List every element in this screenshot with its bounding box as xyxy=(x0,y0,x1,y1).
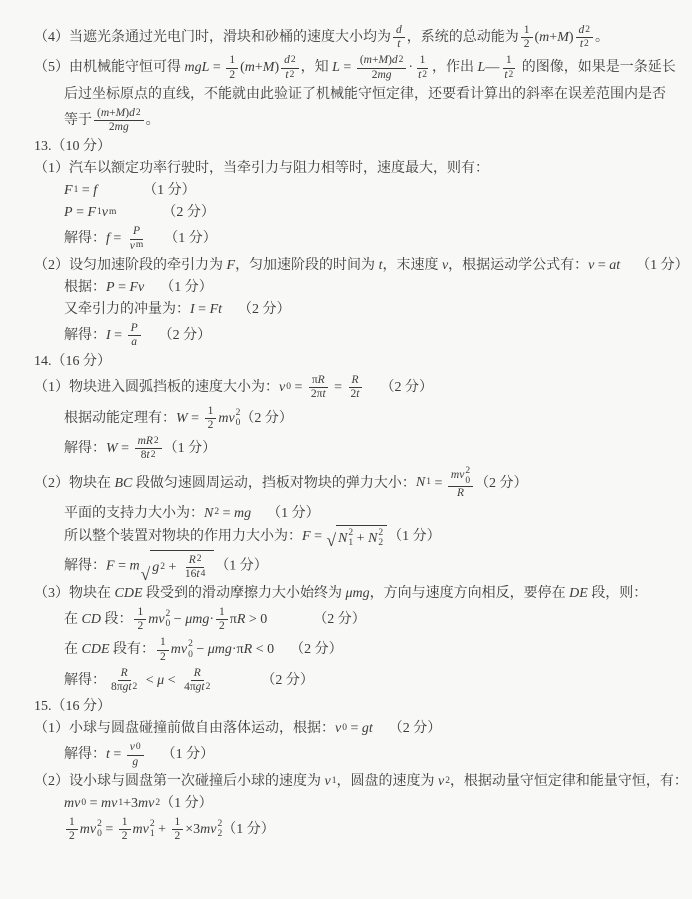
math-variable: m xyxy=(200,822,210,837)
math-variable: v1 xyxy=(111,793,123,814)
math-variable: t xyxy=(397,38,400,51)
math-variable: t2 xyxy=(580,38,589,51)
q15-header: 15.（16 分） xyxy=(34,696,674,717)
fraction: (m+M)d22mg xyxy=(94,107,144,134)
text: （4）当遮光条通过光电门时，滑块和砂桶的速度大小均为 xyxy=(34,30,391,45)
q13-part1-solution: 解得：f = Pvm（1 分） xyxy=(34,224,674,253)
math-variable: v2 xyxy=(148,793,160,814)
text: （2 分） xyxy=(389,721,442,736)
math-variable: t2 xyxy=(201,681,210,694)
math-variable: gt xyxy=(362,721,373,736)
text: 2 xyxy=(208,419,214,432)
math-variable: N22 xyxy=(368,528,383,549)
text: = xyxy=(431,475,446,490)
text: （5）由机械能守恒可得 xyxy=(34,60,185,75)
text: 1 xyxy=(229,54,235,67)
q14-part1-solution: 解得：W = mR28t2（1 分） xyxy=(34,434,674,463)
math-variable: P xyxy=(133,225,140,238)
math-variable: v22 xyxy=(210,819,222,840)
text: （2）设小球与圆盘第一次碰撞后小球的速度为 xyxy=(34,774,325,789)
text: − xyxy=(193,642,208,657)
math-variable: m xyxy=(218,411,228,426)
math-variable: v20 xyxy=(459,466,470,487)
text: ·π xyxy=(232,642,244,657)
math-variable: CDE xyxy=(115,586,143,601)
q13-part2-eq2: 又牵引力的冲量为：I = Ft（2 分） xyxy=(34,299,674,320)
text: 根据动能定理有： xyxy=(64,411,176,426)
text: = xyxy=(291,380,306,395)
text: 15.（16 分） xyxy=(34,699,111,714)
math-variable: R xyxy=(318,374,325,387)
fraction: 12 xyxy=(205,405,217,432)
math-variable: P xyxy=(64,205,73,220)
text: ，知 xyxy=(301,60,333,75)
text: 2π xyxy=(311,388,323,401)
fraction: v0g xyxy=(127,741,144,768)
text: 8π xyxy=(111,681,123,694)
math-variable: d2 xyxy=(284,54,296,67)
fraction: πR2πt xyxy=(308,374,329,401)
math-variable: m xyxy=(364,54,372,67)
math-variable: W xyxy=(176,411,188,426)
math-variable: v21 xyxy=(143,819,155,840)
text: 1 xyxy=(506,54,512,67)
text: （2 分） xyxy=(290,642,343,657)
text: < xyxy=(164,673,179,688)
text: 1 xyxy=(137,606,143,619)
text: 又牵引力的冲量为： xyxy=(64,302,190,317)
q13-part2-solution: 解得：I = Pa（2 分） xyxy=(34,321,674,350)
math-variable: m xyxy=(138,435,146,448)
math-variable: d xyxy=(396,24,402,37)
text: （1 分） xyxy=(143,183,196,198)
radical-sign: √ xyxy=(141,566,151,584)
text: < 0 xyxy=(252,642,274,657)
text: 1 xyxy=(420,54,426,67)
q15-part1-intro: （1）小球与圆盘碰撞前做自由落体运动，根据：v0 = gt（2 分） xyxy=(34,718,674,739)
text: 1 xyxy=(208,405,214,418)
math-variable: F1 xyxy=(64,180,78,201)
math-variable: M xyxy=(263,60,275,75)
text: （1）汽车以额定功率行驶时，当牵引力与阻力相等时，速度最大，则有： xyxy=(34,161,489,176)
text: 解得： xyxy=(64,328,106,343)
text: 1 xyxy=(524,24,530,37)
text: = xyxy=(102,822,117,837)
q13-part1-intro: （1）汽车以额定功率行驶时，当牵引力与阻力相等时，速度最大，则有： xyxy=(34,158,674,179)
math-variable: m xyxy=(245,60,255,75)
text: 2 xyxy=(122,830,128,843)
q14-part2-solution: 解得：F = m√g2 + R216t4（1 分） xyxy=(34,550,674,582)
text: − xyxy=(170,612,185,627)
q14-part1-intro: （1）物块进入圆弧挡板的速度大小为：v0 = πR2πt = R2t（2 分） xyxy=(34,373,674,402)
math-variable: g xyxy=(132,756,138,769)
math-variable: mg xyxy=(115,121,129,134)
fraction: 12 xyxy=(157,636,169,663)
text: 2 xyxy=(69,830,75,843)
fraction: R4πgt2 xyxy=(181,667,213,694)
text: 解得： xyxy=(64,231,106,246)
math-variable: f xyxy=(93,183,97,198)
text: 1 xyxy=(69,816,75,829)
text: ，系统的总动能为 xyxy=(407,30,519,45)
text: 解得： xyxy=(64,558,106,573)
math-variable: v20 xyxy=(90,819,102,840)
text: （3）物块在 xyxy=(34,586,115,601)
text: = xyxy=(195,302,210,317)
text: （1 分） xyxy=(162,747,215,762)
text: 1 xyxy=(175,816,181,829)
q15-part2-intro: （2）设小球与圆盘第一次碰撞后小球的速度为 v1，圆盘的速度为 v2，根据动量守… xyxy=(34,771,674,792)
fraction: Pa xyxy=(128,322,141,349)
text: （1 分） xyxy=(164,231,217,246)
math-variable: t2 xyxy=(285,69,294,82)
math-variable: t2 xyxy=(147,449,156,462)
math-variable: g2 xyxy=(152,557,165,578)
fraction: Pvm xyxy=(127,225,147,252)
text: ，方向与速度方向相反，要停在 xyxy=(370,586,570,601)
text: = xyxy=(311,529,326,544)
math-variable: v0 xyxy=(279,377,291,398)
text: = xyxy=(78,183,93,198)
math-variable: CD xyxy=(82,612,101,627)
text: = xyxy=(118,441,133,456)
text: = xyxy=(219,506,234,521)
text: ，圆盘的速度为 xyxy=(336,774,438,789)
math-variable: v0 xyxy=(130,741,141,754)
text: 。 xyxy=(595,30,609,45)
text: （1 分） xyxy=(636,258,689,273)
q15-part1-solution: 解得：t = v0g（1 分） xyxy=(34,740,674,769)
text: < xyxy=(142,673,157,688)
text: 解得： xyxy=(64,673,106,688)
text: 解得： xyxy=(64,441,106,456)
text: （1 分） xyxy=(160,280,213,295)
math-variable: m xyxy=(451,469,459,482)
text: · xyxy=(408,60,413,75)
text: 段有： xyxy=(110,642,156,657)
text: ，匀加速阶段的时间为 xyxy=(235,258,379,273)
fraction: R2t xyxy=(348,374,363,401)
text: 在 xyxy=(64,642,82,657)
math-variable: R xyxy=(244,642,253,657)
text: · xyxy=(209,612,214,627)
text: = xyxy=(86,796,101,811)
text: （2 分） xyxy=(238,302,291,317)
q12-part4: （4）当遮光条通过光电门时，滑块和砂桶的速度大小均为dt，系统的总动能为12(m… xyxy=(34,23,674,52)
math-variable: m xyxy=(101,796,111,811)
q15-part2-eq2: 12mv20 = 12mv21 + 12×3mv22（1 分） xyxy=(34,815,674,844)
math-variable: vm xyxy=(130,240,144,253)
math-variable: a xyxy=(131,336,137,349)
text: ，作出 xyxy=(432,60,478,75)
fraction: 12 xyxy=(134,606,146,633)
math-variable: F1 xyxy=(87,202,101,223)
text: 2 xyxy=(524,38,530,51)
q14-part3-solution: 解得：R8πgt2 < μ < R4πgt2（2 分） xyxy=(34,666,674,695)
text: （1）小球与圆盘碰撞前做自由落体运动，根据： xyxy=(34,721,335,736)
math-variable: v0 xyxy=(335,718,347,739)
text: （1 分） xyxy=(222,822,275,837)
exam-answer-page: （4）当遮光条通过光电门时，滑块和砂桶的速度大小均为dt，系统的总动能为12(m… xyxy=(0,0,692,899)
text: 4π xyxy=(184,681,196,694)
text: 根据： xyxy=(64,280,106,295)
text: （1 分） xyxy=(388,529,441,544)
text: + xyxy=(165,557,180,578)
text: 段做匀速圆周运动，挡板对物块的弹力大小： xyxy=(132,475,416,490)
q13-part1-eq2: P = F1vm（2 分） xyxy=(34,202,674,223)
math-variable: vm xyxy=(102,202,117,223)
text: 在 xyxy=(64,612,82,627)
math-variable: d2 xyxy=(579,24,591,37)
text: = xyxy=(110,231,125,246)
math-variable: v20 xyxy=(228,408,240,429)
math-variable: v20 xyxy=(181,639,193,660)
fraction: mv20R xyxy=(448,466,473,501)
text: （2 分） xyxy=(162,205,215,220)
text: = xyxy=(73,205,88,220)
fraction: 12 xyxy=(216,606,228,633)
text: （2）物块在 xyxy=(34,475,115,490)
q14-part3-intro: （3）物块在 CDE 段受到的滑动摩擦力大小始终为 μmg，方向与速度方向相反，… xyxy=(34,583,674,604)
math-variable: F xyxy=(106,558,115,573)
text: （2 分） xyxy=(381,380,434,395)
text: 后过坐标原点的直线，不能就由此验证了机械能守恒定律，还要看计算出的斜率在误差范围… xyxy=(64,87,666,102)
math-variable: R2 xyxy=(146,435,159,448)
math-variable: m xyxy=(133,822,143,837)
math-variable: F xyxy=(227,258,236,273)
text: （1 分） xyxy=(267,506,320,521)
fraction: 12 xyxy=(226,54,238,81)
math-variable: N1 xyxy=(416,472,431,493)
text: ) xyxy=(274,60,279,75)
math-variable: m xyxy=(148,612,158,627)
text: = xyxy=(115,280,130,295)
text: （2 分） xyxy=(313,612,366,627)
fraction: 12 xyxy=(119,816,131,843)
fraction: 12 xyxy=(521,24,533,51)
math-variable: m xyxy=(101,107,109,120)
fraction: d2t2 xyxy=(281,54,299,81)
math-variable: t xyxy=(356,388,359,401)
q14-part2-eq2: 平面的支持力大小为：N2 = mg（1 分） xyxy=(34,503,674,524)
math-variable: d2 xyxy=(392,54,404,67)
math-variable: BC xyxy=(115,475,133,490)
text: 的图像，如果是一条延长 xyxy=(518,60,676,75)
radical-sign: √ xyxy=(326,532,336,550)
text: = xyxy=(110,747,125,762)
fraction: 1t2 xyxy=(501,54,516,81)
math-variable: v1 xyxy=(325,771,337,792)
text: （1 分） xyxy=(215,558,268,573)
text: — xyxy=(485,60,499,75)
text: 。 xyxy=(146,113,160,128)
text: （2 分） xyxy=(240,411,293,426)
q12-part5-line2: 后过坐标原点的直线，不能就由此验证了机械能守恒定律，还要看计算出的斜率在误差范围… xyxy=(34,84,674,105)
math-variable: R xyxy=(194,667,201,680)
text: = xyxy=(331,380,346,395)
math-variable: mg xyxy=(377,69,391,82)
q13-part1-eq1: F1 = f（1 分） xyxy=(34,180,674,201)
math-variable: W xyxy=(106,441,118,456)
math-variable: μmg xyxy=(185,612,209,627)
math-variable: M xyxy=(378,54,388,67)
math-variable: m xyxy=(129,558,139,573)
text: （2 分） xyxy=(261,673,314,688)
text: 段受到的滑动摩擦力大小始终为 xyxy=(143,586,346,601)
math-variable: DE xyxy=(569,586,588,601)
math-variable: R xyxy=(352,374,359,387)
text: 解得： xyxy=(64,747,106,762)
fraction: 12 xyxy=(172,816,184,843)
text: （1 分） xyxy=(160,796,213,811)
text: 16 xyxy=(185,568,197,581)
text: π xyxy=(230,612,237,627)
math-variable: M xyxy=(557,30,569,45)
math-variable: t2 xyxy=(128,681,137,694)
text: = xyxy=(340,60,355,75)
text: + xyxy=(155,822,170,837)
math-variable: Ft xyxy=(210,302,222,317)
q14-part3-eq2: 在 CDE 段有：12mv20 − μmg·πR < 0（2 分） xyxy=(34,635,674,664)
math-variable: μmg xyxy=(208,642,232,657)
text: （2 分） xyxy=(475,475,528,490)
q14-part2-eq3: 所以整个装置对物块的作用力大小为：F = √N21 + N22（1 分） xyxy=(34,525,674,549)
text: = xyxy=(209,60,224,75)
fraction: R216t4 xyxy=(182,554,208,581)
math-variable: m xyxy=(138,796,148,811)
text: （2 分） xyxy=(159,328,212,343)
text: 1 xyxy=(160,636,166,649)
text: > 0 xyxy=(245,612,267,627)
math-variable: N2 xyxy=(204,503,219,524)
fraction: (m+M)d22mg xyxy=(357,54,407,81)
q12-part5-line3: 等于(m+M)d22mg。 xyxy=(34,106,674,135)
math-variable: mgL xyxy=(185,60,210,75)
text: ，末速度 xyxy=(382,258,442,273)
math-variable: P xyxy=(131,322,138,335)
q13-part2-eq1: 根据：P = Fv（1 分） xyxy=(34,277,674,298)
text: 平面的支持力大小为： xyxy=(64,506,204,521)
square-root: √N21 + N22 xyxy=(326,525,387,549)
text: +3 xyxy=(123,796,138,811)
math-variable: R xyxy=(121,667,128,680)
text: = xyxy=(111,328,126,343)
text: ，根据动量守恒定律和能量守恒，有： xyxy=(450,774,688,789)
text: 13.（10 分） xyxy=(34,139,111,154)
text: 等于 xyxy=(64,113,92,128)
math-variable: mg xyxy=(234,506,251,521)
math-variable: v0 xyxy=(74,793,86,814)
text: 2 xyxy=(229,69,235,82)
q14-part3-eq1: 在 CD 段：12mv20 − μmg·12πR > 0（2 分） xyxy=(34,605,674,634)
text: ) xyxy=(569,30,574,45)
q14-part1-eq1: 根据动能定理有：W = 12mv20（2 分） xyxy=(34,404,674,433)
text: 2 xyxy=(137,620,143,633)
text: （1）物块进入圆弧挡板的速度大小为： xyxy=(34,380,279,395)
text: + xyxy=(255,60,263,75)
math-variable: t2 xyxy=(504,69,513,82)
text: = xyxy=(594,258,609,273)
text: 所以整个装置对物块的作用力大小为： xyxy=(64,529,302,544)
text: = xyxy=(115,558,130,573)
fraction: 1t2 xyxy=(415,54,430,81)
q15-part2-eq1: mv0 = mv1+3mv2（1 分） xyxy=(34,793,674,814)
math-variable: M xyxy=(116,107,126,120)
math-variable: at xyxy=(609,258,620,273)
math-variable: m xyxy=(80,822,90,837)
text: 1 xyxy=(122,816,128,829)
answer-lines: （4）当遮光条通过光电门时，滑块和砂桶的速度大小均为dt，系统的总动能为12(m… xyxy=(34,23,674,844)
math-variable: t2 xyxy=(418,69,427,82)
text: （1 分） xyxy=(164,441,217,456)
square-root: √g2 + R216t4 xyxy=(141,550,215,582)
math-variable: N21 xyxy=(338,528,353,549)
math-variable: m xyxy=(539,30,549,45)
text: 2 xyxy=(175,830,181,843)
math-variable: F xyxy=(302,529,311,544)
q14-part2-intro: （2）物块在 BC 段做匀速圆周运动，挡板对物块的弹力大小：N1 = mv20R… xyxy=(34,465,674,502)
text: 2 xyxy=(160,651,166,664)
math-variable: Fv xyxy=(129,280,144,295)
text: 2 xyxy=(219,620,225,633)
fraction: mR28t2 xyxy=(135,435,162,462)
math-variable: R xyxy=(457,487,464,500)
math-variable: P xyxy=(106,280,115,295)
fraction: R8πgt2 xyxy=(108,667,140,694)
q12-part5-line1: （5）由机械能守恒可得 mgL = 12(m+M)d2t2，知 L = (m+M… xyxy=(34,53,674,82)
fraction: dt xyxy=(393,24,405,51)
text: ，根据运动学公式有： xyxy=(448,258,588,273)
math-variable: v20 xyxy=(158,609,170,630)
math-variable: t4 xyxy=(196,568,205,581)
text: + xyxy=(353,528,368,549)
text: ×3 xyxy=(185,822,200,837)
math-variable: R2 xyxy=(189,554,202,567)
math-variable: m xyxy=(171,642,181,657)
text: = xyxy=(188,411,203,426)
q14-header: 14.（16 分） xyxy=(34,351,674,372)
math-variable: t xyxy=(322,388,325,401)
text: 1 xyxy=(219,606,225,619)
q13-header: 13.（10 分） xyxy=(34,136,674,157)
q13-part2-intro: （2）设匀加速阶段的牵引力为 F，匀加速阶段的时间为 t，末速度 v，根据运动学… xyxy=(34,255,674,276)
text: 段，则： xyxy=(588,586,648,601)
math-variable: v2 xyxy=(438,771,450,792)
text: 段： xyxy=(101,612,133,627)
text: 14.（16 分） xyxy=(34,354,111,369)
math-variable: m xyxy=(64,796,74,811)
math-variable: d2 xyxy=(129,107,141,120)
text: （2）设匀加速阶段的牵引力为 xyxy=(34,258,227,273)
math-variable: CDE xyxy=(82,642,110,657)
text: = xyxy=(347,721,362,736)
fraction: 12 xyxy=(66,816,78,843)
fraction: d2t2 xyxy=(576,24,594,51)
math-variable: L xyxy=(332,60,340,75)
math-variable: μmg xyxy=(346,586,370,601)
